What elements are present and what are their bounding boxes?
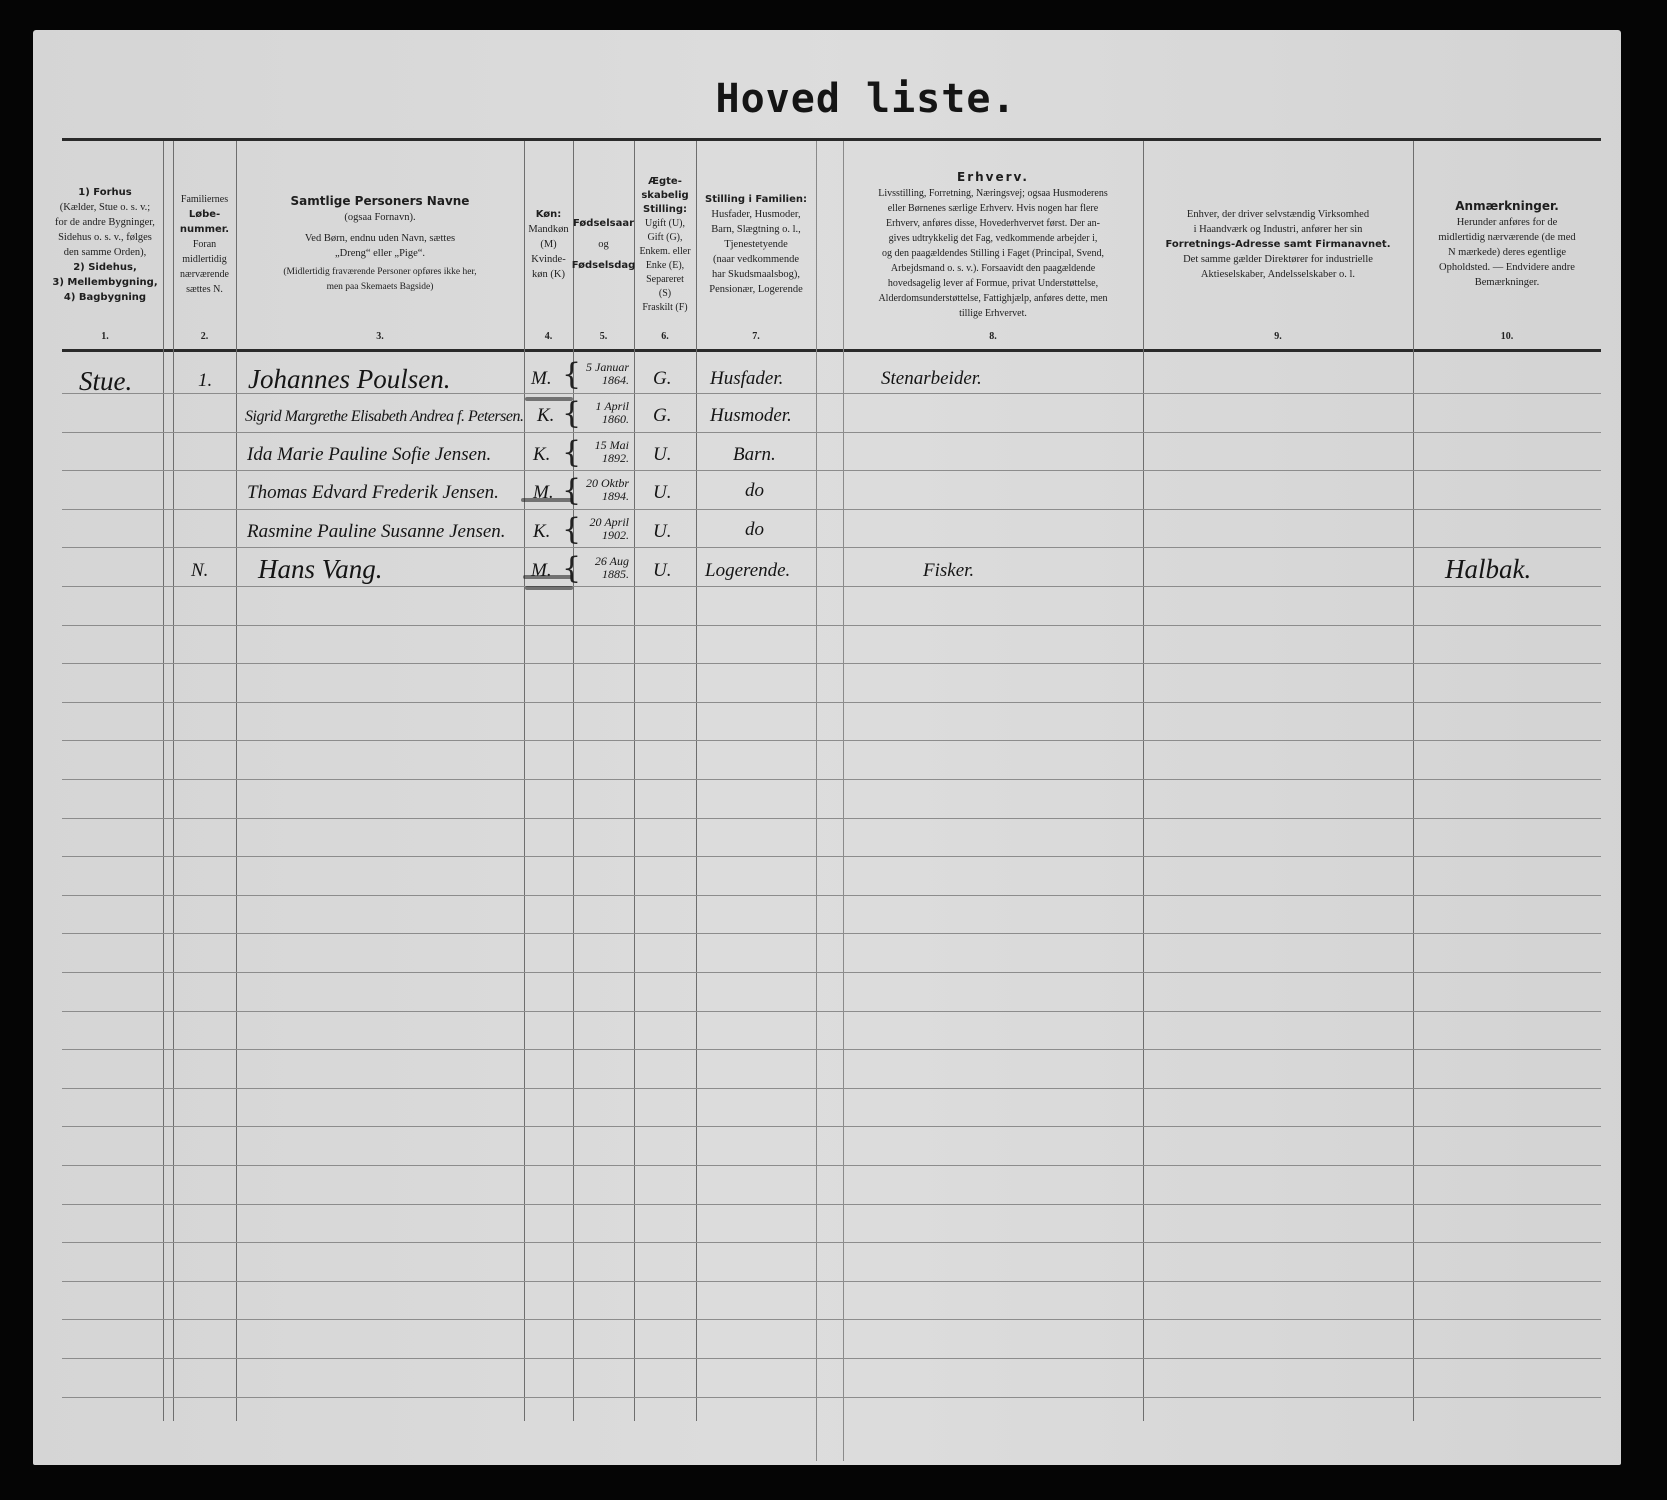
row-line <box>62 1281 1601 1282</box>
row-line <box>62 1126 1601 1127</box>
row-line <box>62 740 1601 741</box>
cell-birth-date: 5 Januar1864. <box>573 361 629 387</box>
row-line <box>62 509 1601 510</box>
cell-birth-date: 20 Oktbr1894. <box>573 477 629 503</box>
cell-marital-status: G. <box>653 368 671 390</box>
cell-family-number: 1. <box>198 370 212 392</box>
header-col-10: Anmærkninger. Herunder anføres for de mi… <box>1413 142 1601 347</box>
column-number: 2. <box>173 331 236 342</box>
column-number: 6. <box>634 331 696 342</box>
row-line <box>62 1011 1601 1012</box>
cell-marital-status: U. <box>653 560 671 582</box>
cell-marital-status: U. <box>653 444 671 466</box>
cell-sex: M. <box>531 368 552 390</box>
column-number: 5. <box>573 331 634 342</box>
header-col-9: Enhver, der driver selvstændig Virksomhe… <box>1143 142 1413 347</box>
cell-name: Johannes Poulsen. <box>248 364 450 395</box>
cell-sex: K. <box>533 444 550 466</box>
row-line <box>62 625 1601 626</box>
cell-sex: K. <box>537 405 554 427</box>
row-line <box>62 1165 1601 1166</box>
header-col-5: Fødselsaar og Fødselsdag <box>573 142 634 347</box>
column-number: 4. <box>524 331 573 342</box>
cell-name: Thomas Edvard Frederik Jensen. <box>247 482 499 504</box>
cell-sex: K. <box>533 521 550 543</box>
page-fold-line <box>816 141 817 1461</box>
row-line <box>62 1358 1601 1359</box>
column-number: 7. <box>696 331 816 342</box>
row-line <box>62 1204 1601 1205</box>
row-line <box>62 1397 1601 1398</box>
column-divider <box>163 141 164 1421</box>
row-line <box>62 1049 1601 1050</box>
column-number: 8. <box>843 331 1143 342</box>
cell-marital-status: U. <box>653 482 671 504</box>
cell-name: Rasmine Pauline Susanne Jensen. <box>247 521 506 543</box>
cell-remarks: Halbak. <box>1445 554 1531 585</box>
row-line <box>62 779 1601 780</box>
cell-family-position: do <box>745 519 764 541</box>
cell-family-position: do <box>745 480 764 502</box>
cell-family-position: Husmoder. <box>710 405 792 427</box>
cell-birth-date: 26 Aug1885. <box>573 555 629 581</box>
row-line <box>62 586 1601 587</box>
cell-marital-status: G. <box>653 405 671 427</box>
header-col-7: Stilling i Familien: Husfader, Husmoder,… <box>696 142 816 347</box>
form-title: Hoved liste. <box>33 76 1621 122</box>
cell-birth-date: 15 Mai1892. <box>573 439 629 465</box>
ink-underline <box>523 575 573 579</box>
row-line <box>62 470 1601 471</box>
cell-family-position: Husfader. <box>710 368 783 390</box>
row-line <box>62 1088 1601 1089</box>
row-line <box>62 1242 1601 1243</box>
header-col-4: Køn: Mandkøn (M) Kvinde- køn (K) <box>524 142 573 347</box>
cell-occupation: Stenarbeider. <box>881 368 982 390</box>
cell-building: Stue. <box>79 366 132 397</box>
row-line <box>62 895 1601 896</box>
ink-underline <box>525 586 573 590</box>
cell-name: Sigrid Margrethe Elisabeth Andrea f. Pet… <box>245 408 523 426</box>
cell-occupation: Fisker. <box>923 560 974 582</box>
header-col-6: Ægte- skabelig Stilling: Ugift (U), Gift… <box>634 142 696 347</box>
census-form-page: Hoved liste. 1) Forhus (Kælder, Stue o. … <box>33 30 1621 1465</box>
row-line <box>62 1319 1601 1320</box>
header-col-1: 1) Forhus (Kælder, Stue o. s. v.; for de… <box>47 142 163 347</box>
top-rule <box>62 138 1601 141</box>
row-line <box>62 856 1601 857</box>
row-line <box>62 663 1601 664</box>
header-col-3: Samtlige Personers Navne (ogsaa Fornavn)… <box>236 142 524 347</box>
cell-birth-date: 1 April1860. <box>573 400 629 426</box>
header-col-2: Familiernes Løbe- nummer. Foran midlerti… <box>173 142 236 347</box>
header-rule <box>62 349 1601 352</box>
row-line <box>62 933 1601 934</box>
cell-name: Hans Vang. <box>258 554 383 585</box>
cell-family-position: Logerende. <box>705 560 790 582</box>
row-line <box>62 818 1601 819</box>
ink-underline <box>521 498 573 502</box>
row-line <box>62 972 1601 973</box>
column-number: 1. <box>47 331 163 342</box>
cell-marital-status: U. <box>653 521 671 543</box>
column-number: 3. <box>236 331 524 342</box>
row-line <box>62 702 1601 703</box>
header-col-8: Erhverv. Livsstilling, Forretning, Nærin… <box>843 142 1143 347</box>
cell-name: Ida Marie Pauline Sofie Jensen. <box>247 444 491 466</box>
cell-family-position: Barn. <box>733 444 776 466</box>
row-line <box>62 432 1601 433</box>
column-number: 10. <box>1413 331 1601 342</box>
column-number: 9. <box>1143 331 1413 342</box>
cell-birth-date: 20 April1902. <box>573 516 629 542</box>
row-line <box>62 547 1601 548</box>
cell-family-number: N. <box>191 560 208 582</box>
